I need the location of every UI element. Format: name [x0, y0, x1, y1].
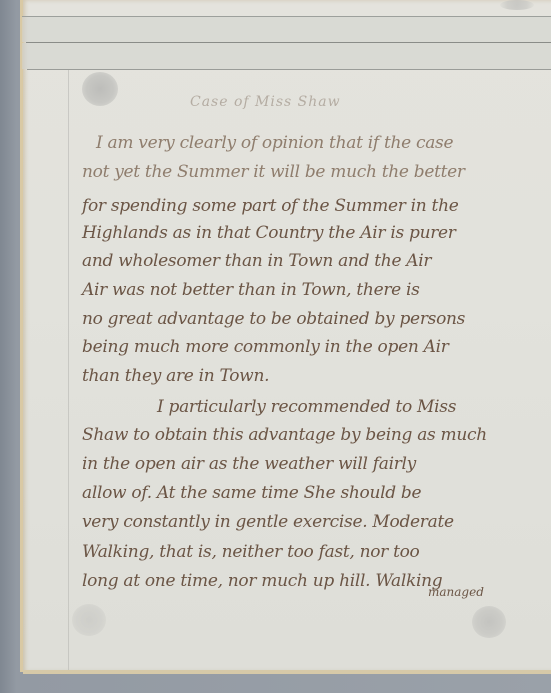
- text-line: Walking, that is, neither too fast, nor …: [82, 542, 420, 562]
- text-line: than they are in Town.: [82, 366, 269, 386]
- text-line: for spending some part of the Summer in …: [82, 196, 458, 216]
- folded-strip: [22, 43, 551, 69]
- text-line: Air was not better than in Town, there i…: [82, 280, 420, 300]
- stamp-stain: [472, 606, 506, 638]
- stamp-stain: [82, 72, 118, 106]
- text-line: in the open air as the weather will fair…: [82, 454, 416, 474]
- folded-strip: [22, 17, 551, 42]
- text-line: and wholesomer than in Town and the Air: [82, 251, 431, 271]
- margin-crease: [68, 70, 69, 670]
- text-line: Highlands as in that Country the Air is …: [82, 223, 456, 243]
- fold-line: [26, 42, 551, 43]
- letter-heading: Case of Miss Shaw: [190, 94, 341, 110]
- stamp-stain: [72, 604, 106, 636]
- text-line: being much more commonly in the open Air: [82, 337, 449, 357]
- catchword: managed: [428, 585, 484, 599]
- text-line: I particularly recommended to Miss: [157, 397, 456, 417]
- text-line: not yet the Summer it will be much the b…: [82, 162, 465, 182]
- page-bottom-edge: [23, 670, 551, 674]
- text-line: long at one time, nor much up hill. Walk…: [82, 571, 442, 591]
- stamp-stain: [500, 0, 534, 10]
- text-line: very constantly in gentle exercise. Mode…: [82, 512, 454, 532]
- fold-line: [27, 69, 551, 70]
- text-line: I am very clearly of opinion that if the…: [96, 133, 453, 153]
- text-line: no great advantage to be obtained by per…: [82, 309, 465, 329]
- text-line: Shaw to obtain this advantage by being a…: [82, 425, 487, 445]
- text-line: allow of. At the same time She should be: [82, 483, 421, 503]
- fold-line: [22, 16, 551, 17]
